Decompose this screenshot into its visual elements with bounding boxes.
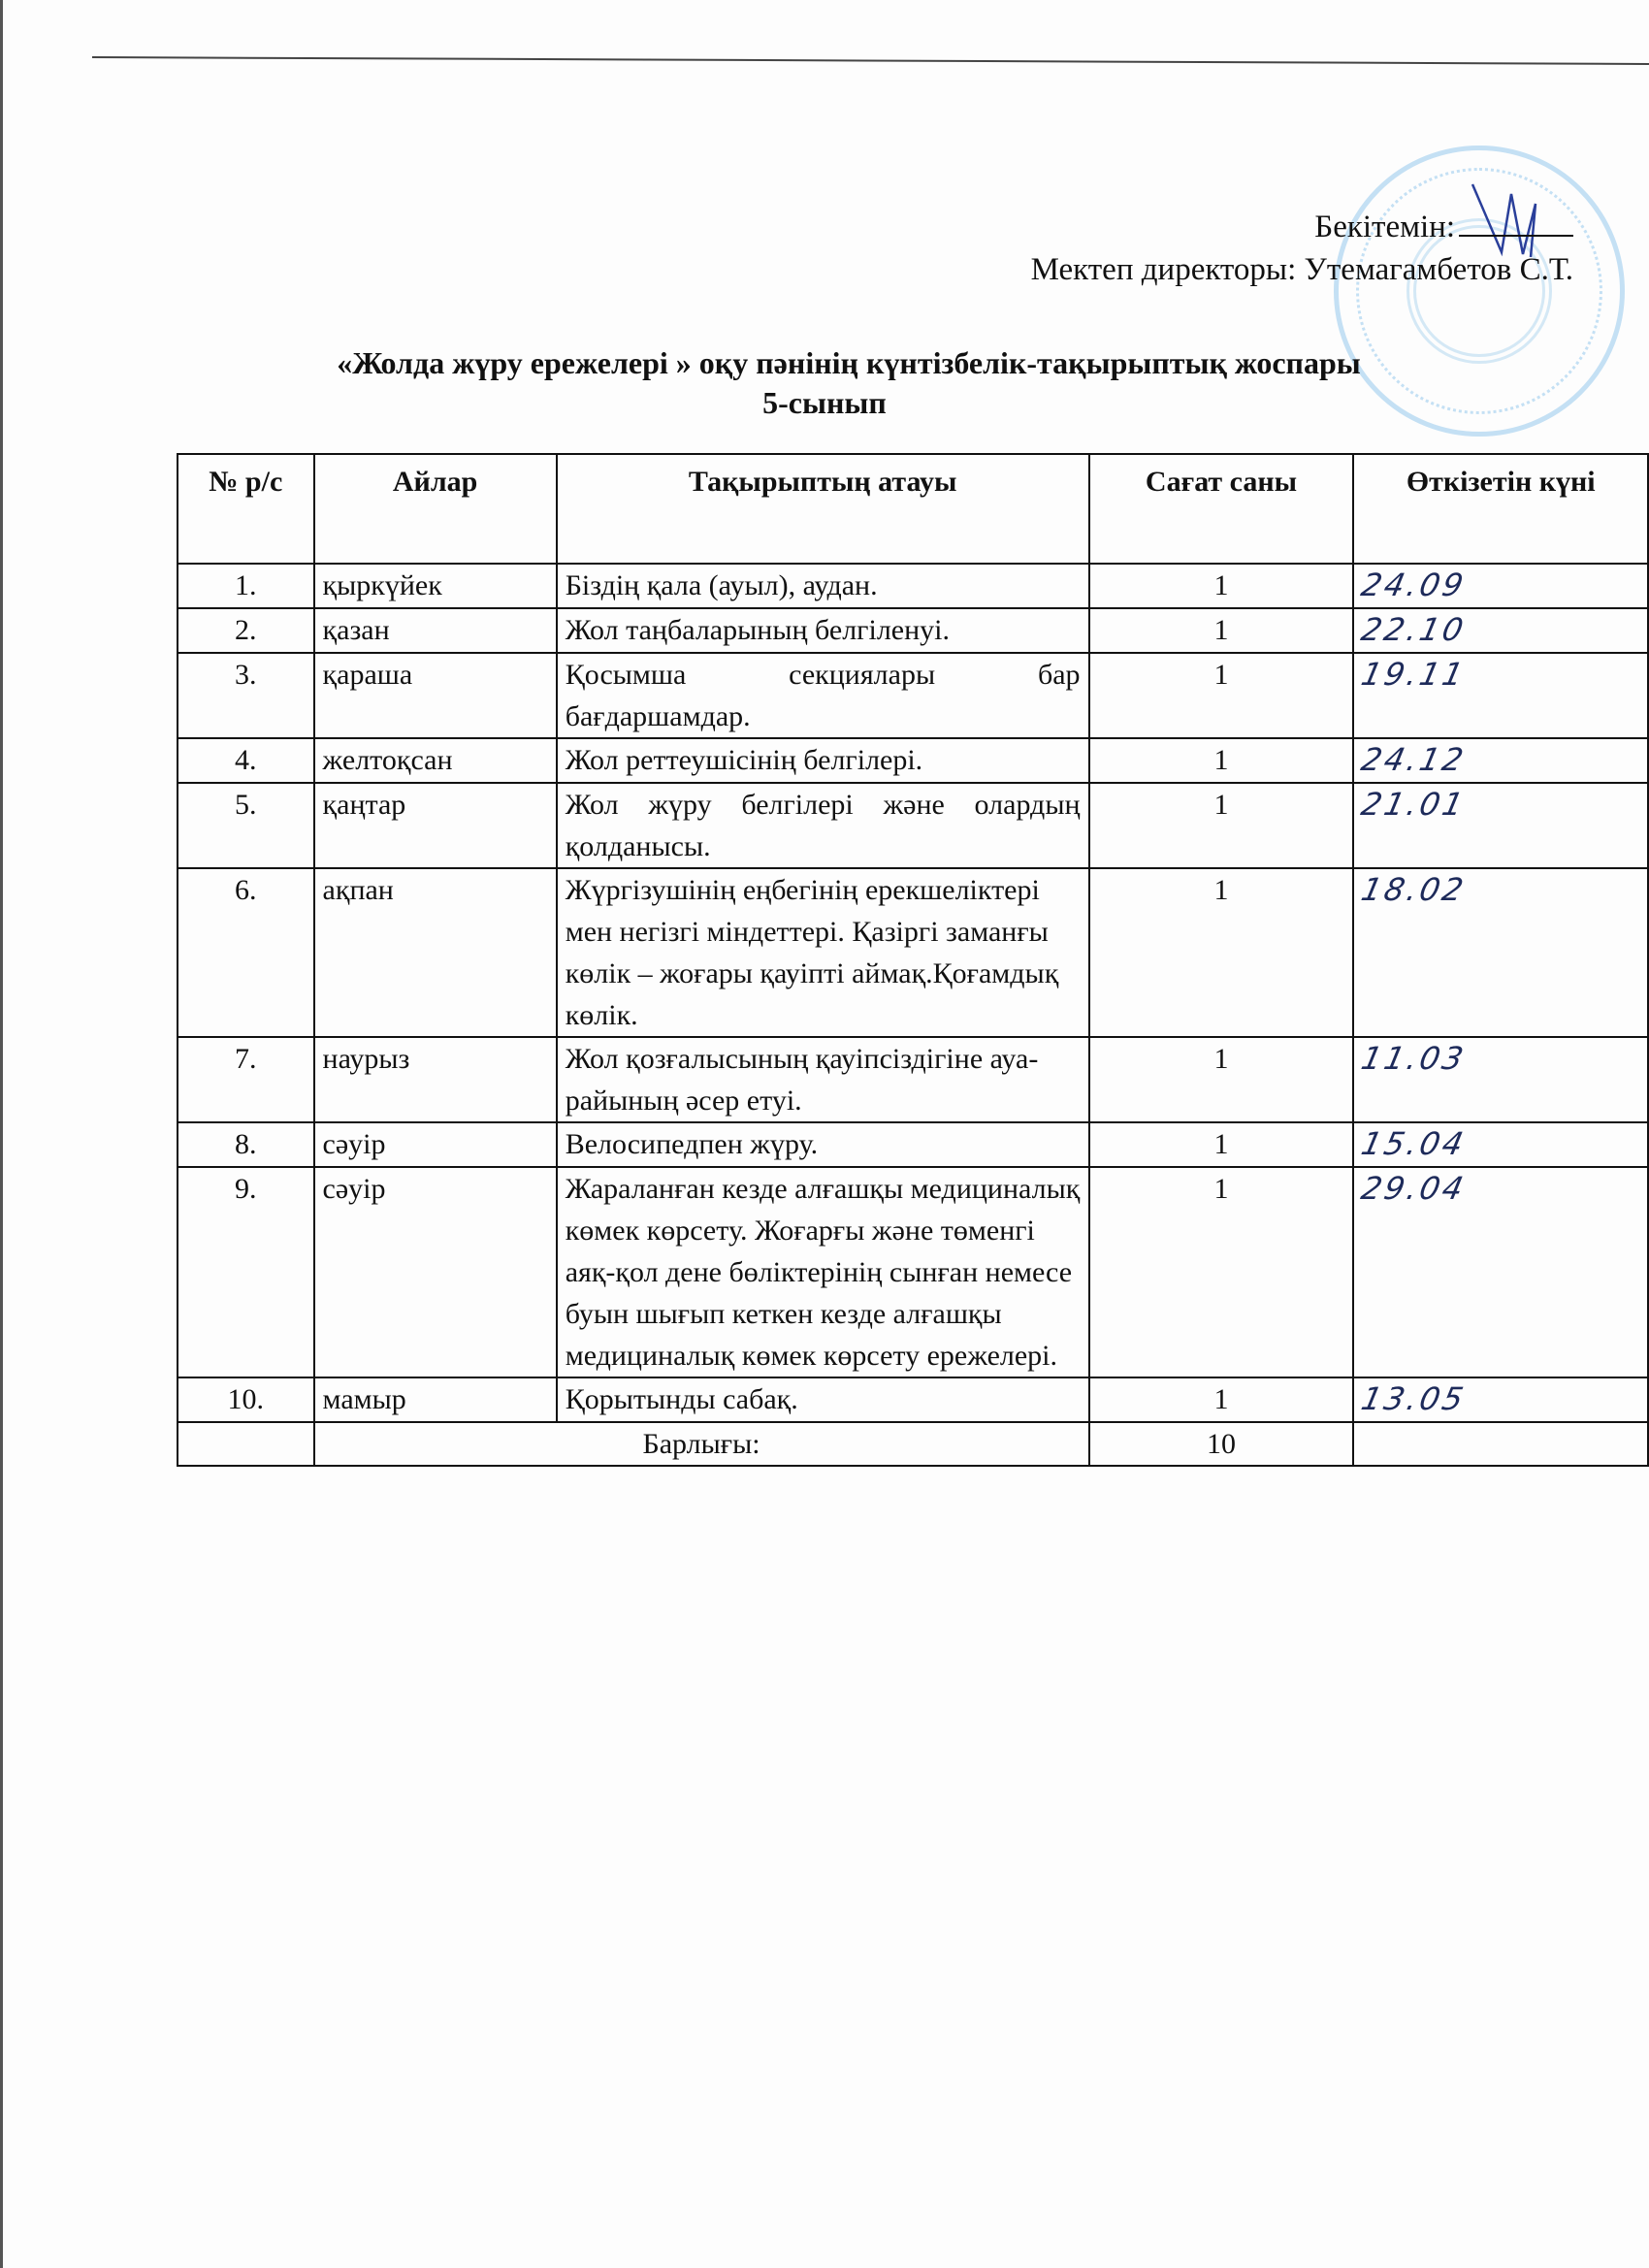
handwritten-date: 18.02 bbox=[1358, 869, 1471, 911]
table-row: 4.желтоқсанЖол реттеушісінің белгілері.1… bbox=[178, 738, 1648, 783]
handwritten-date: 29.04 bbox=[1358, 1168, 1471, 1210]
row-hours: 1 bbox=[1089, 1377, 1354, 1422]
row-date: 22.10 bbox=[1353, 608, 1648, 653]
total-date-empty bbox=[1353, 1422, 1648, 1466]
handwritten-date: 21.01 bbox=[1358, 784, 1471, 826]
handwritten-date: 15.04 bbox=[1358, 1123, 1471, 1165]
row-topic: Біздің қала (ауыл), аудан. bbox=[557, 564, 1089, 608]
table-row: 8.сәуірВелосипедпен жүру.115.04 bbox=[178, 1122, 1648, 1167]
row-num: 5. bbox=[178, 783, 314, 868]
total-hours: 10 bbox=[1089, 1422, 1354, 1466]
row-month: қыркүйек bbox=[314, 564, 557, 608]
handwritten-date: 24.09 bbox=[1358, 565, 1471, 606]
row-num: 6. bbox=[178, 868, 314, 1037]
row-hours: 1 bbox=[1089, 564, 1354, 608]
table-row: 6.ақпанЖүргізушінің еңбегінің ерекшелікт… bbox=[178, 868, 1648, 1037]
handwritten-date: 24.12 bbox=[1358, 739, 1471, 781]
row-date: 21.01 bbox=[1353, 783, 1648, 868]
header-month: Айлар bbox=[314, 454, 557, 564]
document-title: «Жолда жүру ережелері » оқу пәнінің күнт… bbox=[0, 345, 1649, 421]
header-date: Өткізетін күні bbox=[1353, 454, 1648, 564]
total-label: Барлығы: bbox=[314, 1422, 1089, 1466]
row-num: 2. bbox=[178, 608, 314, 653]
row-month: қазан bbox=[314, 608, 557, 653]
row-num: 7. bbox=[178, 1037, 314, 1122]
row-month: желтоқсан bbox=[314, 738, 557, 783]
handwritten-date: 13.05 bbox=[1358, 1378, 1471, 1420]
row-month: сәуір bbox=[314, 1122, 557, 1167]
table-row: 5.қаңтарЖол жүру белгілері және олардың … bbox=[178, 783, 1648, 868]
row-date: 11.03 bbox=[1353, 1037, 1648, 1122]
row-num: 9. bbox=[178, 1167, 314, 1377]
row-num: 1. bbox=[178, 564, 314, 608]
row-hours: 1 bbox=[1089, 868, 1354, 1037]
row-hours: 1 bbox=[1089, 738, 1354, 783]
scan-left-edge bbox=[0, 0, 3, 2268]
row-date: 15.04 bbox=[1353, 1122, 1648, 1167]
table-row: 1.қыркүйекБіздің қала (ауыл), аудан.124.… bbox=[178, 564, 1648, 608]
table-total-row: Барлығы: 10 bbox=[178, 1422, 1648, 1466]
row-date: 19.11 bbox=[1353, 653, 1648, 738]
row-topic: Жол қозғалысының қауіпсіздігіне ауа-райы… bbox=[557, 1037, 1089, 1122]
header-topic: Тақырыптың атауы bbox=[557, 454, 1089, 564]
approval-block: Бекітемін: bbox=[1314, 206, 1573, 245]
top-rule-divider bbox=[92, 56, 1649, 65]
row-topic: Жол таңбаларының белгіленуі. bbox=[557, 608, 1089, 653]
row-topic: Жүргізушінің еңбегінің ерекшеліктері мен… bbox=[557, 868, 1089, 1037]
row-hours: 1 bbox=[1089, 1122, 1354, 1167]
row-topic: Жол реттеушісінің белгілері. bbox=[557, 738, 1089, 783]
lesson-plan-table: № р/с Айлар Тақырыптың атауы Сағат саны … bbox=[177, 453, 1649, 1467]
row-month: ақпан bbox=[314, 868, 557, 1037]
handwritten-date: 19.11 bbox=[1358, 654, 1471, 696]
row-num: 4. bbox=[178, 738, 314, 783]
row-topic: Велосипедпен жүру. bbox=[557, 1122, 1089, 1167]
row-num: 3. bbox=[178, 653, 314, 738]
row-month: наурыз bbox=[314, 1037, 557, 1122]
title-line-2: 5-сынып bbox=[0, 385, 1649, 421]
row-month: мамыр bbox=[314, 1377, 557, 1422]
table-row: 9.сәуірЖараланған кезде алғашқы медицина… bbox=[178, 1167, 1648, 1377]
table-header-row: № р/с Айлар Тақырыптың атауы Сағат саны … bbox=[178, 454, 1648, 564]
signature-line bbox=[1459, 206, 1573, 237]
row-date: 29.04 bbox=[1353, 1167, 1648, 1377]
row-date: 24.09 bbox=[1353, 564, 1648, 608]
row-month: қаңтар bbox=[314, 783, 557, 868]
row-topic: Қорытынды сабақ. bbox=[557, 1377, 1089, 1422]
table-row: 10.мамырҚорытынды сабақ.113.05 bbox=[178, 1377, 1648, 1422]
table-row: 2.қазанЖол таңбаларының белгіленуі.122.1… bbox=[178, 608, 1648, 653]
header-hours: Сағат саны bbox=[1089, 454, 1354, 564]
row-topic: Қосымша секциялары бар бағдаршамдар. bbox=[557, 653, 1089, 738]
approval-label: Бекітемін: bbox=[1314, 210, 1455, 244]
row-month: қараша bbox=[314, 653, 557, 738]
row-hours: 1 bbox=[1089, 1167, 1354, 1377]
table-row: 7.наурызЖол қозғалысының қауіпсіздігіне … bbox=[178, 1037, 1648, 1122]
header-num: № р/с bbox=[178, 454, 314, 564]
director-line: Мектеп директоры: Утемагамбетов С.Т. bbox=[1031, 252, 1573, 288]
row-topic: Жол жүру белгілері және олардың қолданыс… bbox=[557, 783, 1089, 868]
row-hours: 1 bbox=[1089, 1037, 1354, 1122]
handwritten-date: 11.03 bbox=[1358, 1038, 1471, 1080]
total-empty-cell bbox=[178, 1422, 314, 1466]
row-hours: 1 bbox=[1089, 653, 1354, 738]
row-hours: 1 bbox=[1089, 608, 1354, 653]
handwritten-date: 22.10 bbox=[1358, 609, 1471, 651]
title-line-1: «Жолда жүру ережелері » оқу пәнінің күнт… bbox=[288, 345, 1361, 380]
table-row: 3.қарашаҚосымша секциялары бар бағдаршам… bbox=[178, 653, 1648, 738]
row-date: 24.12 bbox=[1353, 738, 1648, 783]
row-num: 10. bbox=[178, 1377, 314, 1422]
row-date: 13.05 bbox=[1353, 1377, 1648, 1422]
row-month: сәуір bbox=[314, 1167, 557, 1377]
row-topic: Жараланған кезде алғашқы медициналық көм… bbox=[557, 1167, 1089, 1377]
row-hours: 1 bbox=[1089, 783, 1354, 868]
row-date: 18.02 bbox=[1353, 868, 1648, 1037]
row-num: 8. bbox=[178, 1122, 314, 1167]
